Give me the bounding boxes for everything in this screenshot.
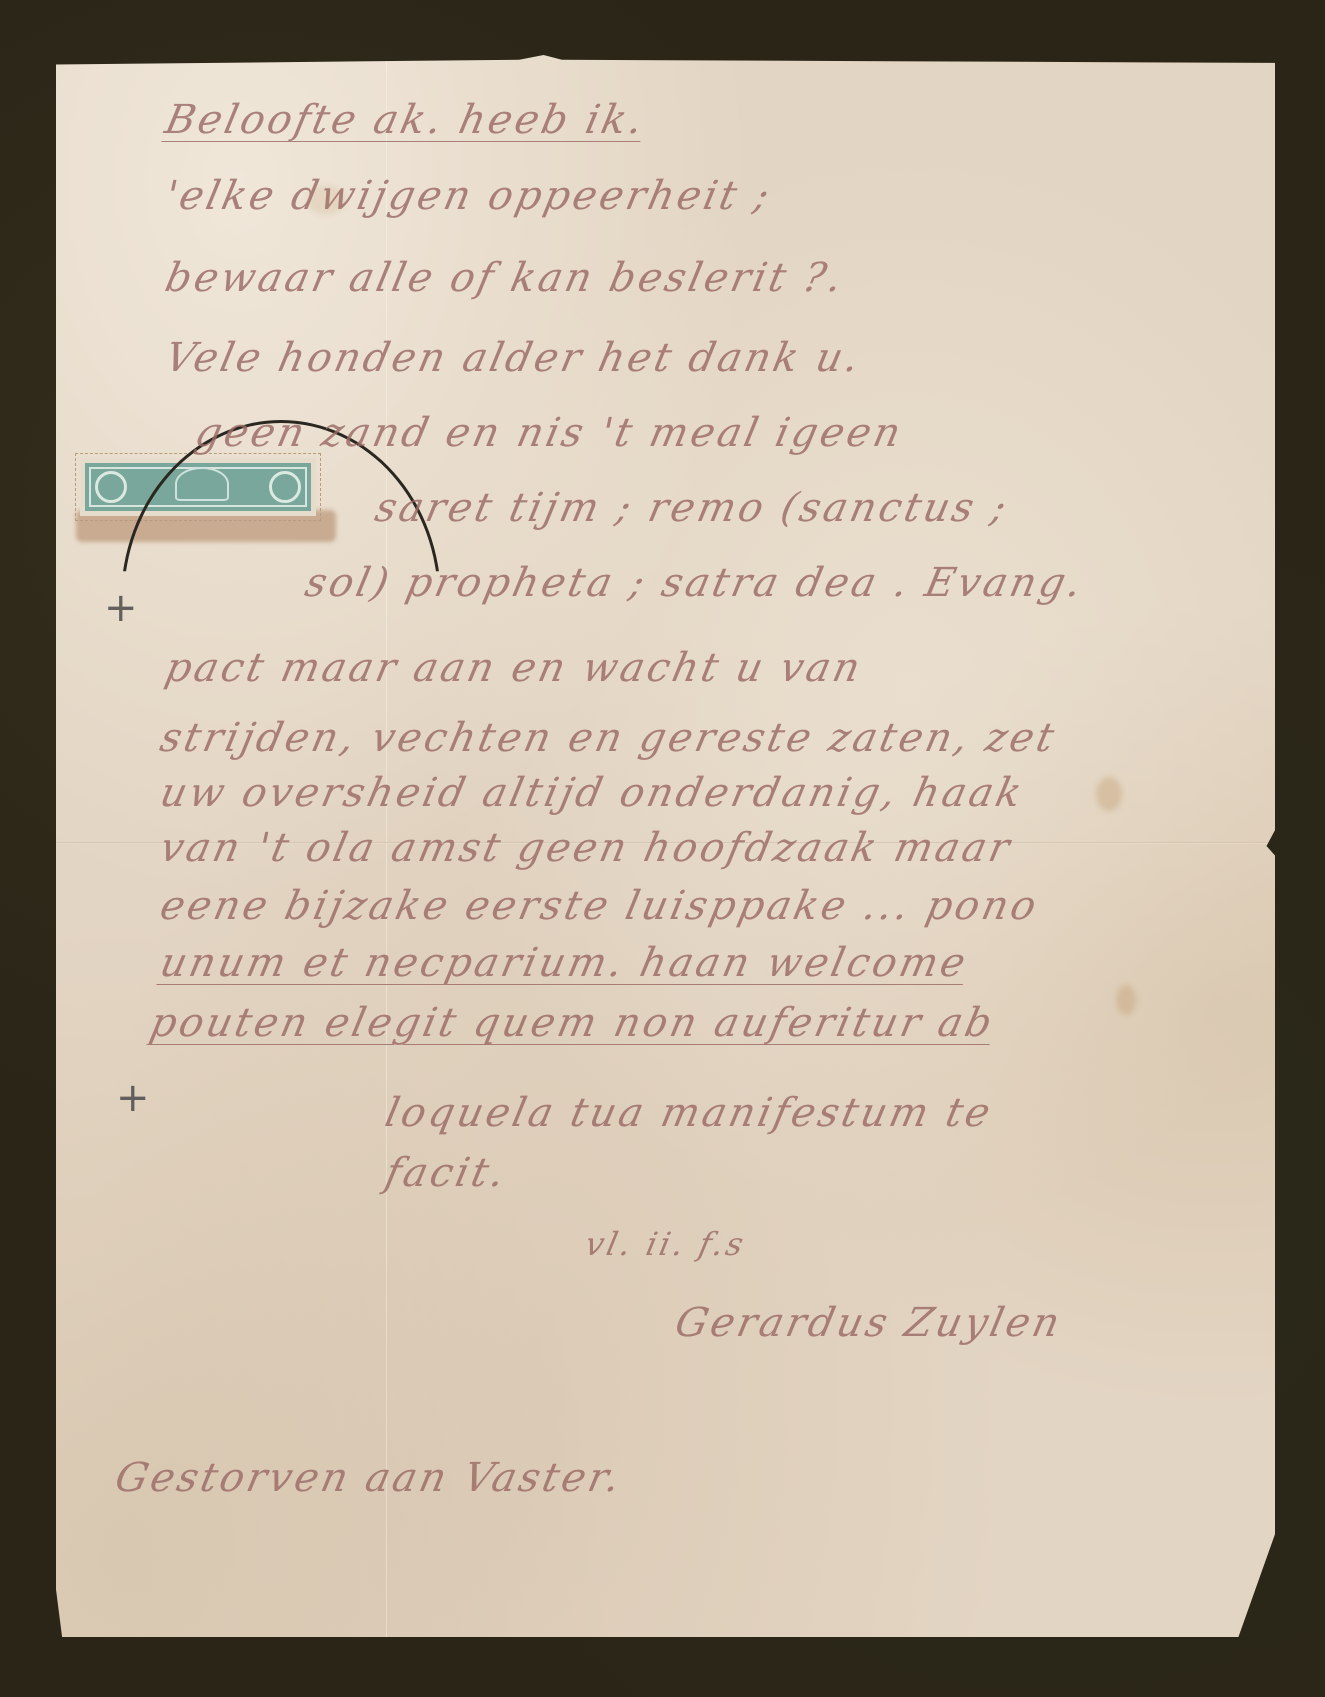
handwritten-line: Vele honden alder het dank u. bbox=[161, 335, 866, 381]
handwritten-line: strijden, vechten en gereste zaten, zet bbox=[156, 715, 1061, 761]
handwritten-line: saret tijm ; remo (sanctus ; bbox=[371, 485, 1013, 531]
foxing-stain bbox=[1096, 777, 1122, 811]
stamp-medallion-left-icon bbox=[95, 471, 127, 503]
handwritten-line: van 't ola amst geen hoofdzaak maar bbox=[156, 825, 1016, 871]
letter-page: Beloofte ak. heeb ik. 'elke dwijgen oppe… bbox=[56, 55, 1275, 1637]
handwritten-line: 'elke dwijgen oppeerheit ; bbox=[161, 173, 776, 219]
handwritten-line: Beloofte ak. heeb ik. bbox=[161, 97, 650, 143]
handwritten-line: geen zand en nis 't meal igeen bbox=[191, 410, 907, 456]
handwritten-line: pouten elegit quem non auferitur ab bbox=[146, 1000, 999, 1046]
handwritten-line: loquela tua manifestum te bbox=[381, 1090, 997, 1136]
handwritten-footer-line: Gestorven aan Vaster. bbox=[111, 1455, 627, 1501]
handwritten-line: eene bijzake eerste luisppake ... pono bbox=[156, 883, 1043, 929]
handwritten-line: bewaar alle of kan beslerit ?. bbox=[161, 255, 849, 301]
handwritten-line: uw oversheid altijd onderdanig, haak bbox=[156, 770, 1028, 816]
foxing-stain bbox=[1116, 985, 1136, 1015]
handwritten-line: sol) propheta ; satra dea . Evang. bbox=[301, 560, 1088, 606]
handwritten-line: vl. ii. f.s bbox=[582, 1225, 750, 1263]
handwritten-line: pact maar aan en wacht u van bbox=[161, 645, 867, 691]
scan-background: Beloofte ak. heeb ik. 'elke dwijgen oppe… bbox=[0, 0, 1325, 1697]
pencil-cross-mark: + bbox=[104, 585, 138, 631]
handwritten-line: facit. bbox=[381, 1150, 511, 1196]
handwritten-line: unum et necparium. haan welcome bbox=[156, 940, 972, 986]
pencil-cross-mark: + bbox=[116, 1075, 150, 1121]
signature: Gerardus Zuylen bbox=[671, 1300, 1066, 1346]
